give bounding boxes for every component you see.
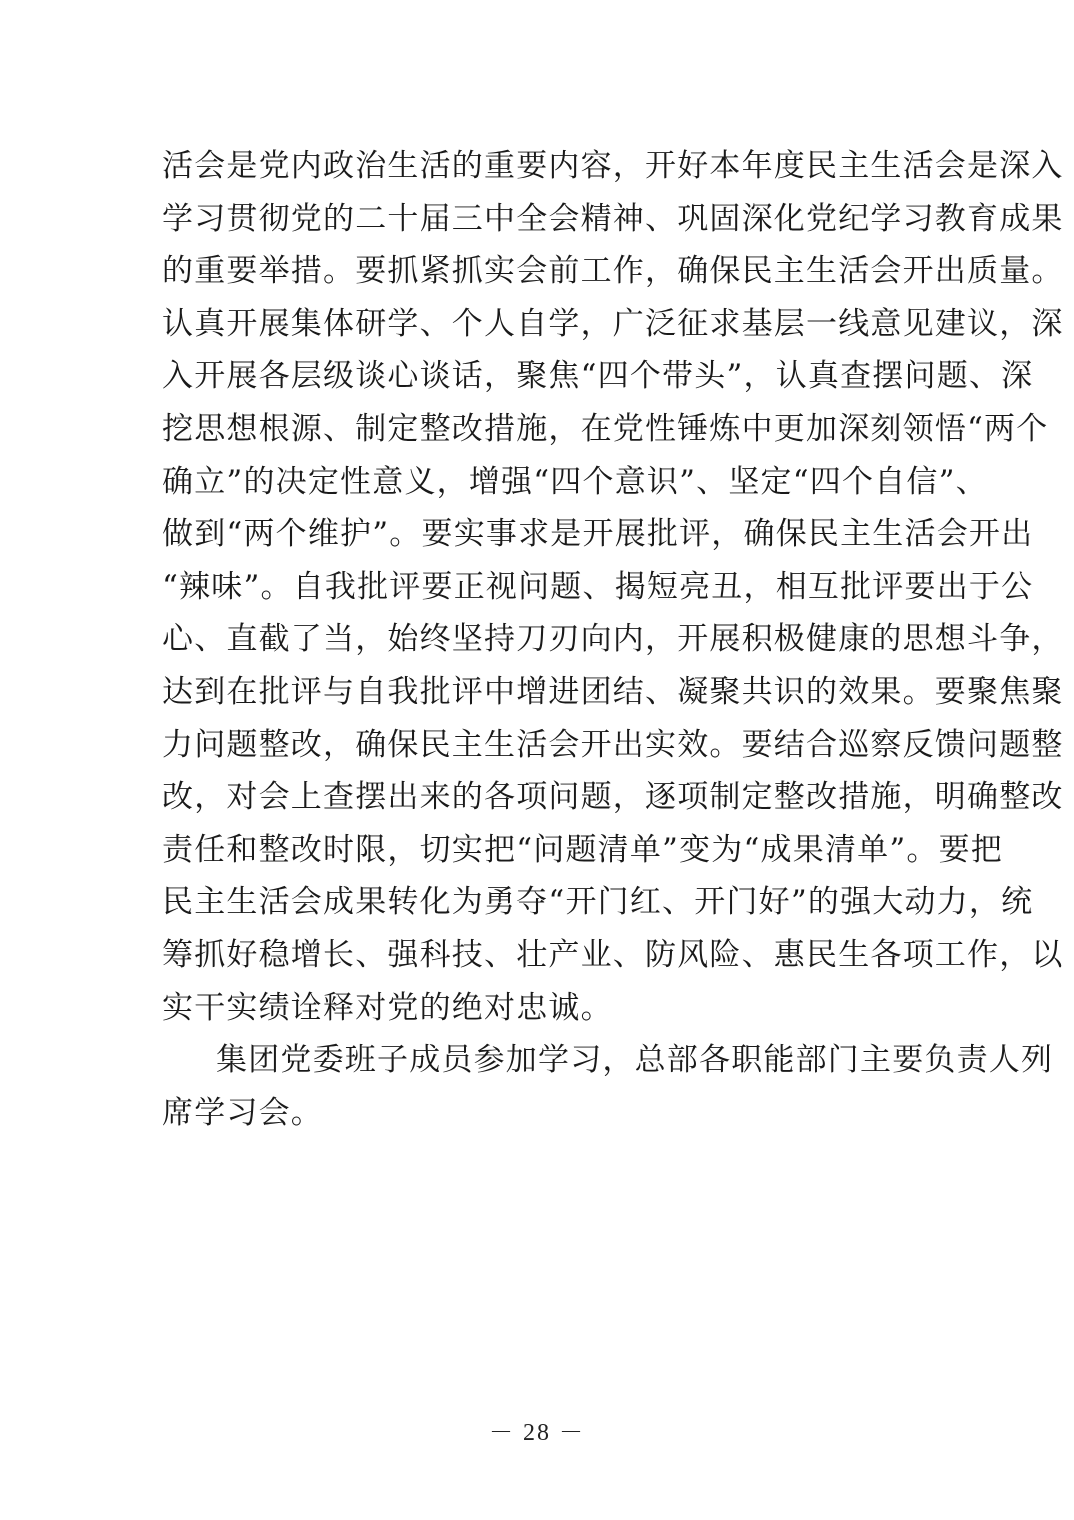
- text-line: 力问题整改，确保民主生活会开出实效。要结合巡察反馈问题整: [162, 719, 914, 772]
- paragraph-2: 集团党委班子成员参加学习，总部各职能部门主要负责人列 席学习会。: [162, 1034, 914, 1139]
- text-line: 集团党委班子成员参加学习，总部各职能部门主要负责人列: [162, 1034, 914, 1087]
- text-line: 认真开展集体研学、个人自学，广泛征求基层一线意见建议，深: [162, 298, 914, 351]
- text-line: 民主生活会成果转化为勇夺“开门红、开门好”的强大动力，统: [162, 876, 914, 929]
- text-line: 改，对会上查摆出来的各项问题，逐项制定整改措施，明确整改: [162, 771, 914, 824]
- text-line: 入开展各层级谈心谈话，聚焦“四个带头”，认真查摆问题、深: [162, 350, 914, 403]
- text-line: 心、直截了当，始终坚持刀刃向内，开展积极健康的思想斗争，: [162, 613, 914, 666]
- text-line: 学习贯彻党的二十届三中全会精神、巩固深化党纪学习教育成果: [162, 193, 914, 246]
- text-line: 席学习会。: [162, 1087, 914, 1140]
- page-number: － 28 －: [0, 1412, 1074, 1447]
- text-line: 的重要举措。要抓紧抓实会前工作，确保民主生活会开出质量。: [162, 245, 914, 298]
- text-line: 挖思想根源、制定整改措施，在党性锤炼中更加深刻领悟“两个: [162, 403, 914, 456]
- text-line: 达到在批评与自我批评中增进团结、凝聚共识的效果。要聚焦聚: [162, 666, 914, 719]
- text-line: 活会是党内政治生活的重要内容，开好本年度民主生活会是深入: [162, 140, 914, 193]
- text-line: 筹抓好稳增长、强科技、壮产业、防风险、惠民生各项工作，以: [162, 929, 914, 982]
- text-line: 做到“两个维护”。要实事求是开展批评，确保民主生活会开出: [162, 508, 914, 561]
- document-page: 活会是党内政治生活的重要内容，开好本年度民主生活会是深入 学习贯彻党的二十届三中…: [0, 0, 1074, 1520]
- text-line: 实干实绩诠释对党的绝对忠诚。: [162, 982, 914, 1035]
- paragraph-1: 活会是党内政治生活的重要内容，开好本年度民主生活会是深入 学习贯彻党的二十届三中…: [162, 140, 914, 1034]
- text-line: 确立”的决定性意义，增强“四个意识”、坚定“四个自信”、: [162, 456, 914, 509]
- body-text: 活会是党内政治生活的重要内容，开好本年度民主生活会是深入 学习贯彻党的二十届三中…: [162, 140, 914, 1139]
- text-line: 责任和整改时限，切实把“问题清单”变为“成果清单”。要把: [162, 824, 914, 877]
- text-line: “辣味”。自我批评要正视问题、揭短亮丑，相互批评要出于公: [162, 561, 914, 614]
